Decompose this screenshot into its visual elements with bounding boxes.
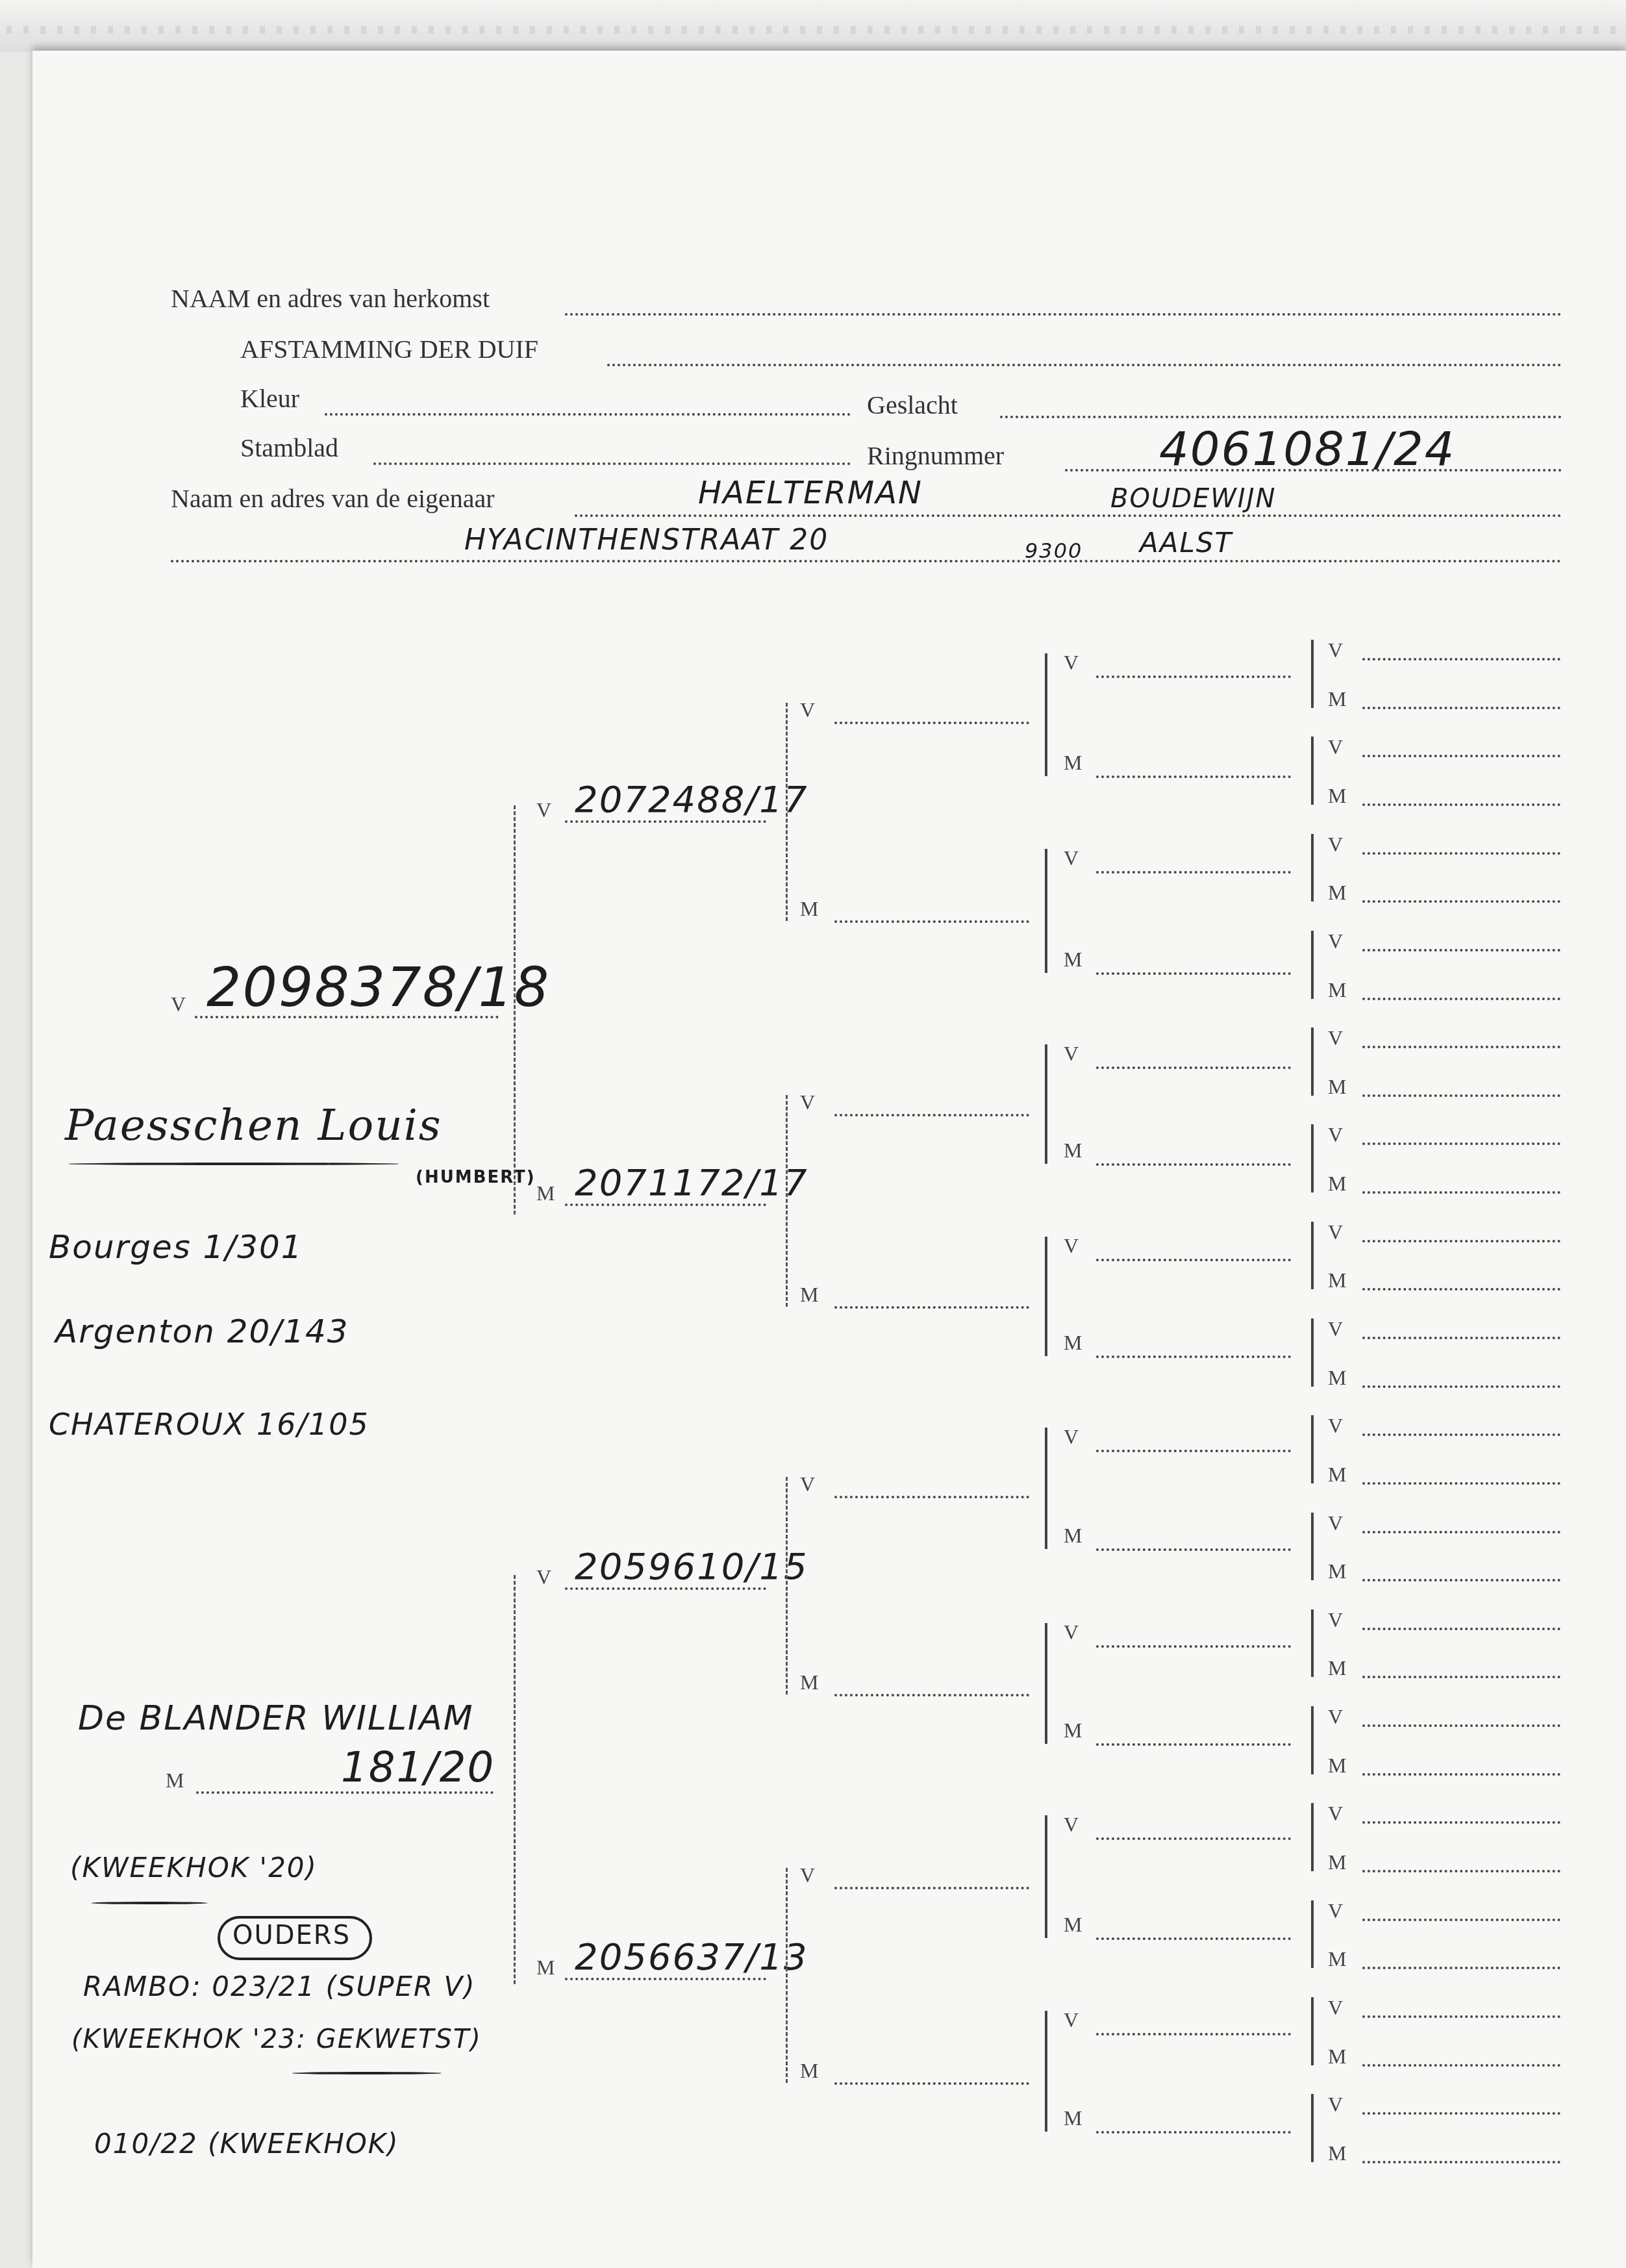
gen3-sire-field[interactable] — [834, 1114, 1029, 1116]
sire-result-2: Argenton 20/143 — [55, 1315, 349, 1348]
sire-result-3: CHATEROUX 16/105 — [49, 1409, 369, 1439]
gen5-dam-field[interactable] — [1362, 1288, 1560, 1291]
lineage-label: AFSTAMMING DER DUIF — [240, 336, 538, 362]
gen5-sire-label: V — [1328, 1318, 1343, 1339]
gen5-sire-field[interactable] — [1362, 1433, 1560, 1436]
gen4-sire-field[interactable] — [1096, 1259, 1291, 1261]
gen4-dam-label: M — [1064, 1140, 1082, 1161]
gen3-dam-label: M — [800, 1672, 818, 1693]
pedigree-sheet-label: Stamblad — [240, 435, 338, 461]
gen5-sire-field[interactable] — [1362, 1337, 1560, 1339]
gen5-sire-label: V — [1328, 1415, 1343, 1436]
gen3-sire-label: V — [800, 1865, 815, 1885]
gen3-dam-label: M — [800, 2060, 818, 2081]
gen5-sire-field[interactable] — [1362, 755, 1560, 757]
gen5-dam-label: M — [1328, 882, 1346, 903]
gen5-bracket — [1311, 931, 1314, 999]
gen5-bracket — [1311, 1027, 1314, 1096]
gen5-sire-field[interactable] — [1362, 658, 1560, 661]
gen5-sire-label: V — [1328, 1900, 1343, 1921]
gen5-dam-label: M — [1328, 979, 1346, 1000]
gen4-dam-label: M — [1064, 752, 1082, 773]
gen5-sire-field[interactable] — [1362, 1240, 1560, 1242]
gen5-sire-label: V — [1328, 640, 1343, 661]
gen5-dam-label: M — [1328, 1852, 1346, 1872]
gen4-sire-field[interactable] — [1096, 2033, 1291, 2035]
gen4-bracket — [1045, 2011, 1047, 2132]
gen5-sire-field[interactable] — [1362, 1821, 1560, 1824]
gen3-dam-label: M — [800, 898, 818, 919]
gen4-bracket — [1045, 849, 1047, 973]
gen5-bracket — [1311, 1513, 1314, 1580]
gen4-dam-label: M — [1064, 1525, 1082, 1546]
dam-label: M — [166, 1770, 184, 1791]
gen5-sire-field[interactable] — [1362, 1628, 1560, 1630]
dam-note-5: 010/22 (KWEEKHOK) — [94, 2130, 399, 2158]
gen4-bracket — [1045, 1428, 1047, 1549]
gen5-dam-label: M — [1328, 1948, 1346, 1969]
gen4-dam-field[interactable] — [1096, 1355, 1291, 1358]
gen3-sire-label: V — [800, 1474, 815, 1494]
sire-breeder-underline — [68, 1163, 399, 1165]
dam-note-3: RAMBO: 023/21 (SUPER V) — [83, 1973, 476, 2000]
owner-postcode: 9300 — [1025, 540, 1082, 561]
gen5-sire-label: V — [1328, 737, 1343, 757]
gen4-dam-label: M — [1064, 2108, 1082, 2128]
gen3-bracket — [786, 1868, 788, 2083]
owner-label: Naam en adres van de eigenaar — [171, 486, 495, 512]
gen5-bracket — [1311, 1318, 1314, 1387]
gen4-sire-label: V — [1064, 2010, 1079, 2030]
gen5-bracket — [1311, 1706, 1314, 1774]
gen3-bracket — [786, 703, 788, 921]
dam-note-4: (KWEEKHOK '23: GEKWETST) — [71, 2026, 482, 2052]
gen5-dam-label: M — [1328, 1076, 1346, 1097]
color-field[interactable] — [325, 413, 851, 416]
gen3-sire-field[interactable] — [834, 1496, 1029, 1498]
gen4-dam-field[interactable] — [1096, 1937, 1291, 1940]
gen5-sire-label: V — [1328, 834, 1343, 855]
gen5-sire-label: V — [1328, 1803, 1343, 1824]
gen4-sire-label: V — [1064, 848, 1079, 868]
grandparent-label: M — [536, 1957, 555, 1978]
gen2-bracket-bottom — [514, 1575, 516, 1984]
gen5-dam-field[interactable] — [1362, 1870, 1560, 1872]
pedigree-sheet-field[interactable] — [373, 462, 851, 465]
gen4-dam-field[interactable] — [1096, 1163, 1291, 1166]
gen5-bracket — [1311, 1803, 1314, 1871]
gen5-bracket — [1311, 1609, 1314, 1677]
gen3-sire-label: V — [800, 699, 815, 720]
sire-ring: 2098378/18 — [206, 960, 550, 1014]
gen5-dam-label: M — [1328, 1561, 1346, 1581]
gen5-sire-label: V — [1328, 1027, 1343, 1048]
gen5-sire-label: V — [1328, 1513, 1343, 1533]
gen4-sire-label: V — [1064, 1043, 1079, 1064]
gen3-dam-field[interactable] — [834, 1306, 1029, 1309]
gen4-bracket — [1045, 1044, 1047, 1164]
gen4-dam-label: M — [1064, 949, 1082, 970]
gen5-bracket — [1311, 2094, 1314, 2162]
gen5-sire-field[interactable] — [1362, 949, 1560, 951]
gen3-dam-field[interactable] — [834, 920, 1029, 923]
sex-field[interactable] — [1000, 416, 1562, 418]
dam-note-1-underline — [91, 1902, 208, 1904]
grandparent-ring: 2071172/17 — [575, 1165, 808, 1202]
gen3-sire-field[interactable] — [834, 722, 1029, 724]
gen4-sire-field[interactable] — [1096, 1450, 1291, 1452]
gen5-dam-field[interactable] — [1362, 2161, 1560, 2163]
owner-firstname: BOUDEWIJN — [1110, 486, 1276, 512]
gen5-dam-label: M — [1328, 1464, 1346, 1485]
gen3-bracket — [786, 1477, 788, 1695]
gen5-dam-field[interactable] — [1362, 707, 1560, 709]
ring-number-value: 4061081/24 — [1159, 425, 1456, 472]
gen5-dam-field[interactable] — [1362, 1773, 1560, 1776]
dam-note-4-underline — [292, 2072, 442, 2074]
gen3-dam-field[interactable] — [834, 1694, 1029, 1696]
gen5-sire-label: V — [1328, 1609, 1343, 1630]
gen4-sire-field[interactable] — [1096, 675, 1291, 678]
dam-note-1: (KWEEKHOK '20) — [70, 1854, 318, 1882]
dam-note-2: OUDERS — [232, 1922, 351, 1948]
gen4-bracket — [1045, 1623, 1047, 1744]
gen3-sire-field[interactable] — [834, 1887, 1029, 1889]
gen3-sire-label: V — [800, 1092, 815, 1113]
gen4-dam-label: M — [1064, 1720, 1082, 1741]
gen4-sire-label: V — [1064, 1622, 1079, 1643]
gen5-sire-field[interactable] — [1362, 1046, 1560, 1048]
gen3-dam-label: M — [800, 1284, 818, 1305]
gen5-dam-field[interactable] — [1362, 803, 1560, 806]
gen4-sire-label: V — [1064, 1814, 1079, 1835]
gen4-dam-field[interactable] — [1096, 972, 1291, 975]
gen5-dam-field[interactable] — [1362, 1191, 1560, 1194]
grandparent-ring: 2072488/17 — [575, 782, 808, 818]
gen5-dam-field[interactable] — [1362, 1579, 1560, 1581]
gen5-sire-field[interactable] — [1362, 1531, 1560, 1533]
dam-breeder: De BLANDER WILLIAM — [78, 1702, 474, 1735]
gen5-dam-field[interactable] — [1362, 900, 1560, 903]
gen5-dam-label: M — [1328, 2046, 1346, 2067]
gen4-dam-field[interactable] — [1096, 2131, 1291, 2134]
gen5-dam-label: M — [1328, 2143, 1346, 2163]
gen5-bracket — [1311, 1222, 1314, 1289]
gen5-dam-label: M — [1328, 1755, 1346, 1776]
grandparent-label: M — [536, 1183, 555, 1203]
gen5-dam-field[interactable] — [1362, 1676, 1560, 1678]
sire-label: V — [171, 994, 186, 1014]
sex-label: Geslacht — [867, 392, 958, 418]
ring-number-label: Ringnummer — [867, 443, 1004, 469]
gen4-bracket — [1045, 1237, 1047, 1356]
gen5-sire-field[interactable] — [1362, 1919, 1560, 1921]
gen5-dam-field[interactable] — [1362, 2064, 1560, 2067]
gen4-sire-label: V — [1064, 1426, 1079, 1447]
gen5-dam-label: M — [1328, 785, 1346, 806]
gen4-sire-label: V — [1064, 652, 1079, 673]
gen5-bracket — [1311, 1415, 1314, 1483]
lineage-field[interactable] — [607, 364, 1562, 366]
grandparent-label: V — [536, 800, 551, 820]
gen5-bracket — [1311, 1900, 1314, 1968]
gen2-bracket-top — [514, 805, 516, 1215]
origin-field[interactable] — [565, 313, 1562, 316]
gen5-sire-label: V — [1328, 931, 1343, 951]
gen4-bracket — [1045, 1815, 1047, 1938]
gen5-bracket — [1311, 737, 1314, 805]
sire-breeder: Paesschen Louis — [65, 1104, 442, 1147]
gen3-bracket — [786, 1095, 788, 1307]
gen5-dam-label: M — [1328, 688, 1346, 709]
gen5-dam-label: M — [1328, 1173, 1346, 1194]
gen5-sire-field[interactable] — [1362, 2112, 1560, 2115]
gen4-dam-field[interactable] — [1096, 1548, 1291, 1551]
gen5-dam-label: M — [1328, 1270, 1346, 1291]
dam-ring: 181/20 — [341, 1747, 495, 1789]
gen5-dam-field[interactable] — [1362, 1094, 1560, 1097]
plastic-sleeve — [0, 0, 1626, 52]
gen5-sire-label: V — [1328, 1706, 1343, 1727]
gen5-dam-label: M — [1328, 1367, 1346, 1388]
gen5-dam-field[interactable] — [1362, 1482, 1560, 1485]
sire-nickname: (HUMBERT) — [416, 1169, 536, 1186]
gen5-sire-field[interactable] — [1362, 1724, 1560, 1727]
gen4-sire-label: V — [1064, 1235, 1079, 1256]
color-label: Kleur — [240, 386, 299, 412]
gen4-dam-label: M — [1064, 1914, 1082, 1935]
gen5-sire-label: V — [1328, 1222, 1343, 1242]
gen5-sire-field[interactable] — [1362, 1142, 1560, 1145]
gen5-sire-field[interactable] — [1362, 852, 1560, 855]
gen4-bracket — [1045, 653, 1047, 776]
owner-surname: HAELTERMAN — [698, 477, 923, 509]
gen5-sire-field[interactable] — [1362, 2015, 1560, 2018]
origin-label: NAAM en adres van herkomst — [171, 286, 490, 312]
gen4-sire-field[interactable] — [1096, 1837, 1291, 1840]
gen5-dam-label: M — [1328, 1657, 1346, 1678]
grandparent-label: V — [536, 1567, 551, 1587]
gen4-sire-field[interactable] — [1096, 1645, 1291, 1648]
gen4-sire-field[interactable] — [1096, 1066, 1291, 1069]
gen5-bracket — [1311, 1124, 1314, 1192]
sleeve-perforation — [6, 26, 1623, 34]
gen4-dam-field[interactable] — [1096, 775, 1291, 778]
owner-city: AALST — [1140, 529, 1232, 557]
gen5-sire-label: V — [1328, 1124, 1343, 1145]
gen3-dam-field[interactable] — [834, 2082, 1029, 2085]
grandparent-ring: 2059610/15 — [575, 1549, 808, 1585]
gen5-sire-label: V — [1328, 1997, 1343, 2018]
gen4-sire-field[interactable] — [1096, 871, 1291, 874]
gen4-dam-field[interactable] — [1096, 1743, 1291, 1746]
gen5-dam-field[interactable] — [1362, 998, 1560, 1000]
gen5-bracket — [1311, 834, 1314, 901]
grandparent-ring: 2056637/13 — [575, 1939, 808, 1976]
gen5-bracket — [1311, 1997, 1314, 2065]
gen5-dam-field[interactable] — [1362, 1967, 1560, 1969]
owner-name-field[interactable] — [575, 514, 1562, 517]
owner-street: HYACINTHENSTRAAT 20 — [464, 526, 829, 555]
gen5-sire-label: V — [1328, 2094, 1343, 2115]
sire-result-1: Bourges 1/301 — [49, 1231, 303, 1263]
gen4-dam-label: M — [1064, 1332, 1082, 1353]
gen5-dam-field[interactable] — [1362, 1385, 1560, 1388]
gen5-bracket — [1311, 640, 1314, 708]
owner-address-field[interactable] — [171, 560, 1562, 562]
